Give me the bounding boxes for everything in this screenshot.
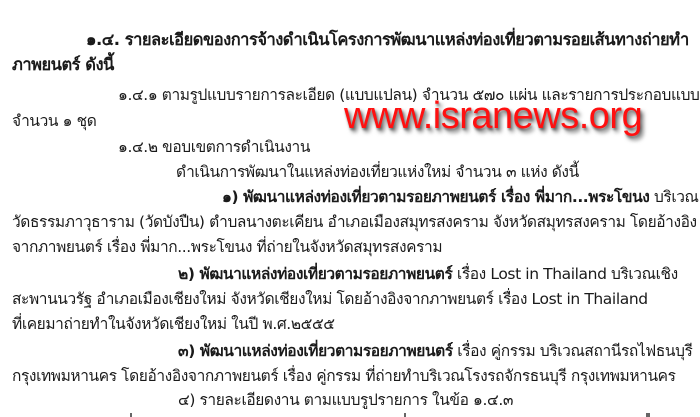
sub-item-2-rest: เรื่อง Lost in Thailand บริเวณเชิง <box>452 265 677 283</box>
sub-item-2-lead: ๒) พัฒนาแหล่งท่องเที่ยวตามรอยภาพยนตร์ เร… <box>178 264 678 284</box>
sub-item-2-bold: ๒) พัฒนาแหล่งท่องเที่ยวตามรอยภาพยนตร์ <box>178 265 452 283</box>
sub-item-2-line1: สะพานนวรัฐ อำเภอเมืองเชียงใหม่ จังหวัดเช… <box>12 289 648 309</box>
sub-item-4-lead: ๔) รายละเอียดงาน ตามแบบรูปรายการ ในข้อ ๑… <box>178 390 513 410</box>
sub-item-4-rest: ๔) รายละเอียดงาน ตามแบบรูปรายการ ในข้อ ๑… <box>178 391 513 409</box>
clipped-text-line <box>0 410 700 417</box>
section-number: ๑.๔. <box>86 30 120 49</box>
document-page: ๑.๔. รายละเอียดของการจ้างดำเนินโครงการพั… <box>0 0 700 417</box>
sub-item-1-rest: บริเวณ <box>649 188 698 206</box>
sub-item-1-line2: จากภาพยนตร์ เรื่อง พี่มาก...พระโขนง ที่ถ… <box>12 237 442 257</box>
sub-item-3-line1: กรุงเทพมหานคร โดยอ้างอิงจากภาพยนตร์ เรื่… <box>12 366 676 386</box>
watermark: www.isranews.org <box>344 94 642 138</box>
item-1-4-2-intro: ดำเนินการพัฒนาในแหล่งท่องเที่ยวแห่งใหม่ … <box>176 162 579 182</box>
sub-item-3-lead: ๓) พัฒนาแหล่งท่องเที่ยวตามรอยภาพยนตร์ เร… <box>178 341 692 361</box>
section-title: รายละเอียดของการจ้างดำเนินโครงการพัฒนาแห… <box>125 30 689 49</box>
item-1-4-1-line2: จำนวน ๑ ชุด <box>12 111 96 131</box>
sub-item-2-line2: ที่เคยมาถ่ายทำในจังหวัดเชียงใหม่ ในปี พ.… <box>12 314 335 334</box>
section-heading-continuation: ภาพยนตร์ ดังนี้ <box>12 55 114 75</box>
section-heading: ๑.๔. รายละเอียดของการจ้างดำเนินโครงการพั… <box>86 30 689 50</box>
sub-item-3-bold: ๓) พัฒนาแหล่งท่องเที่ยวตามรอยภาพยนตร์ <box>178 342 453 360</box>
item-1-4-2-title: ๑.๔.๒ ขอบเขตการดำเนินงาน <box>118 137 310 157</box>
sub-item-3-rest: เรื่อง คู่กรรม บริเวณสถานีรถไฟธนบุรี <box>453 342 693 360</box>
sub-item-1-line1: วัดธรรมภาวุธาราม (วัดบังปืน) ตำบลนางตะเค… <box>12 212 697 232</box>
sub-item-1-bold: ๑) พัฒนาแหล่งท่องเที่ยวตามรอยภาพยนตร์ เร… <box>222 188 649 206</box>
sub-item-1-lead: ๑) พัฒนาแหล่งท่องเที่ยวตามรอยภาพยนตร์ เร… <box>222 187 699 207</box>
